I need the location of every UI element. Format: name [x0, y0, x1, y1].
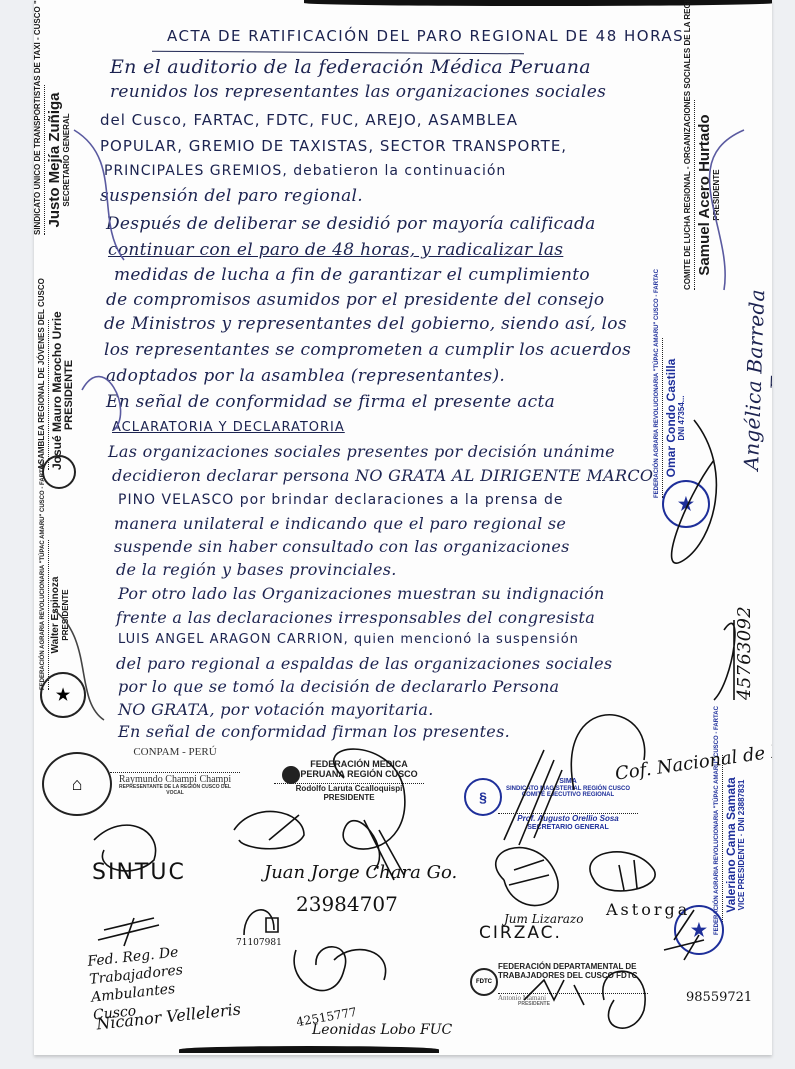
document-page: ACTA DE RATIFICACIÓN DEL PARO REGIONAL D… — [34, 0, 772, 1055]
signature-scribbles — [34, 0, 772, 1055]
scan-edge-shadow-bottom — [179, 1046, 439, 1053]
